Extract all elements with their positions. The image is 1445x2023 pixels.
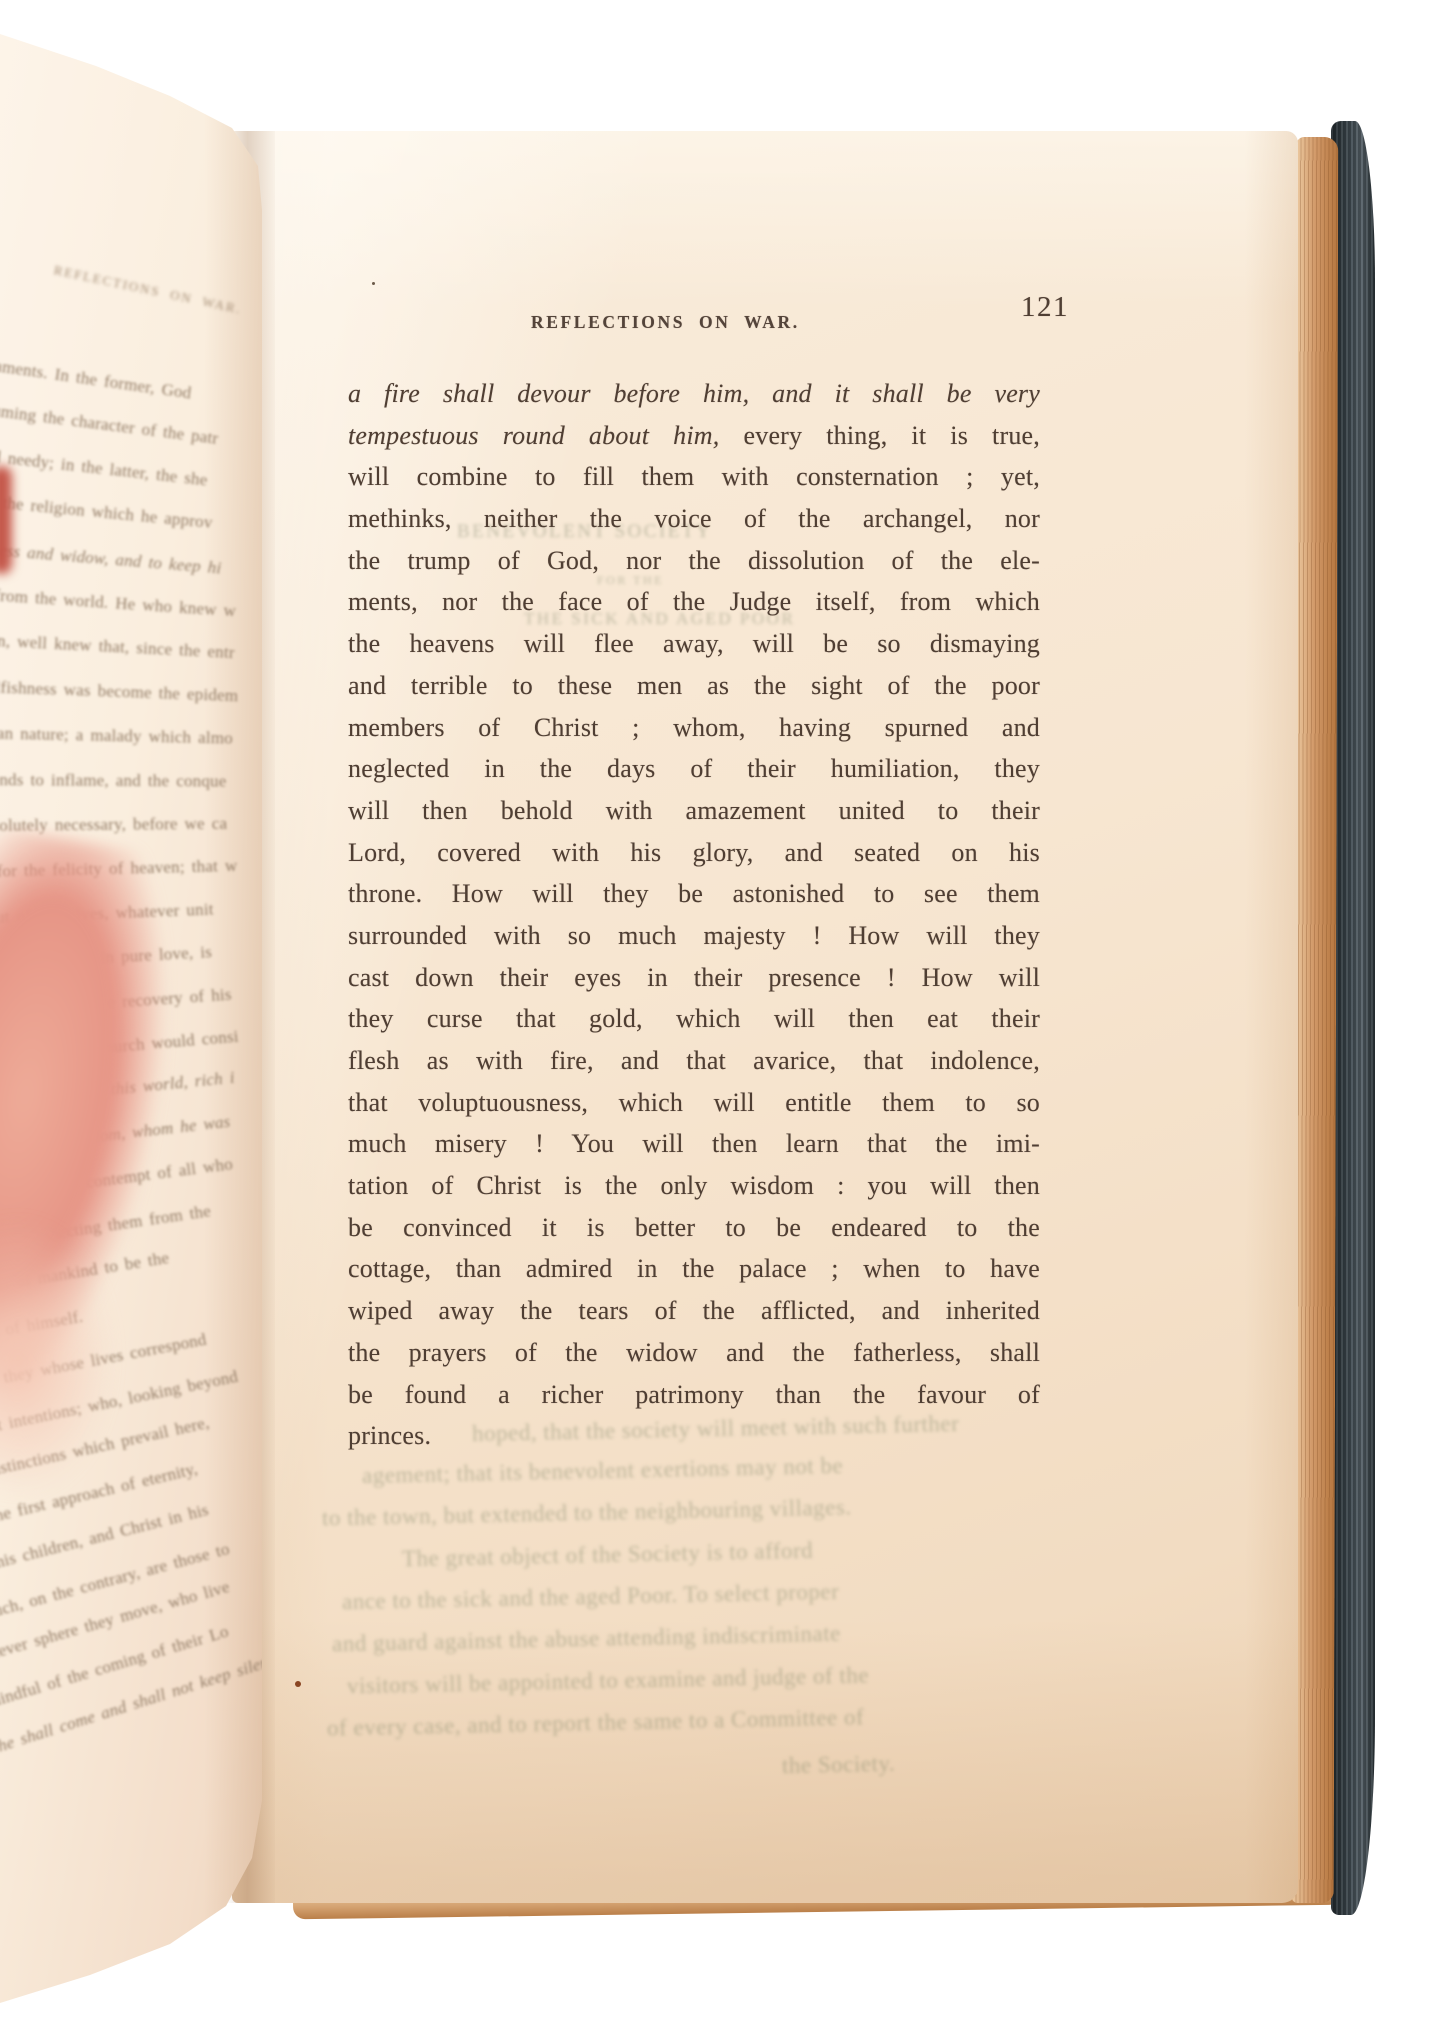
red-object-blur <box>0 466 12 574</box>
book-fore-edge-pages <box>1292 137 1339 1903</box>
book-photograph: REFLECTIONS ON WAR. 121 a fire shall dev… <box>0 0 1445 2023</box>
body-line: tation of Christ is the only wisdom : yo… <box>348 1165 1040 1207</box>
body-line: that voluptuousness, which will entitle … <box>348 1082 1040 1124</box>
body-line-italic: a fire shall devour before him, and it s… <box>348 379 1040 408</box>
paper-speck <box>295 1681 301 1687</box>
left-page-line: therless and widow, and to keep hi <box>0 538 222 578</box>
body-line: ments, nor the face of the Judge itself,… <box>348 581 1040 623</box>
body-line: surrounded with so much majesty ! How wi… <box>348 915 1040 957</box>
body-line: they curse that gold, which will then ea… <box>348 998 1040 1040</box>
body-line: cast down their eyes in their presence !… <box>348 957 1040 999</box>
left-page-line: man, well knew that, since the entr <box>0 630 235 663</box>
left-page-line: ed from the world. He who knew w <box>0 584 237 621</box>
ghost-paragraph-line: to the town, but extended to the neighbo… <box>322 1494 852 1531</box>
body-line: be convinced it is better to be endeared… <box>348 1207 1040 1249</box>
ghost-paragraph-line: ance to the sick and the aged Poor. To s… <box>342 1579 840 1615</box>
left-running-header: REFLECTIONS ON WAR. <box>52 262 243 318</box>
body-line: members of Christ ; whom, having spurned… <box>348 707 1040 749</box>
body-line: methinks, neither the voice of the archa… <box>348 498 1040 540</box>
body-line: flesh as with fire, and that avarice, th… <box>348 1040 1040 1082</box>
body-line: the trump of God, nor the dissolution of… <box>348 540 1040 582</box>
left-page-line: of the religion which he approv <box>0 491 213 533</box>
left-page-line: Testaments. In the former, God <box>0 352 193 403</box>
left-page-line: selfishness was become the epidem <box>0 677 239 706</box>
ghost-paragraph-line: and guard against the abuse attending in… <box>332 1621 841 1658</box>
body-line: a fire shall devour before him, and it s… <box>348 373 1040 415</box>
ghost-paragraph-line: visitors will be appointed to examine an… <box>347 1663 869 1700</box>
paper-speck <box>372 282 375 285</box>
body-line: tempestuous round about him, every thing… <box>348 415 1040 457</box>
body-line: wiped away the tears of the afflicted, a… <box>348 1290 1040 1332</box>
left-page-line: g tends to inflame, and the conque <box>0 770 227 792</box>
ghost-paragraph-line: agement; that its benevolent exertions m… <box>362 1453 844 1489</box>
left-page-line: human nature; a malady which almo <box>0 723 233 749</box>
ghost-paragraph-line: The great object of the Society is to af… <box>402 1538 814 1573</box>
body-line: cottage, than admired in the palace ; wh… <box>348 1248 1040 1290</box>
body-line: will then behold with amazement united t… <box>348 790 1040 832</box>
left-page-line: assuming the character of the patr <box>0 398 219 449</box>
ghost-paragraph-line: the Society. <box>782 1751 896 1779</box>
body-line: princes. <box>348 1415 1040 1457</box>
running-header: REFLECTIONS ON WAR. <box>531 312 800 333</box>
left-page-line: and needy; in the latter, the she <box>0 445 209 490</box>
body-line-italic: tempestuous round about him, <box>348 421 719 450</box>
finger-tip-blur <box>0 1218 114 1498</box>
body-line: Lord, covered with his glory, and seated… <box>348 832 1040 874</box>
ghost-paragraph-line: of every case, and to report the same to… <box>327 1704 865 1741</box>
body-line: be found a richer patrimony than the fav… <box>348 1374 1040 1416</box>
page-number: 121 <box>1021 291 1069 324</box>
body-line: neglected in the days of their humiliati… <box>348 748 1040 790</box>
body-line: the heavens will flee away, will be so d… <box>348 623 1040 665</box>
body-line: and terrible to these men as the sight o… <box>348 665 1040 707</box>
body-line: much misery ! You will then learn that t… <box>348 1123 1040 1165</box>
body-text-block: a fire shall devour before him, and it s… <box>348 373 1040 1457</box>
body-line: will combine to fill them with consterna… <box>348 456 1040 498</box>
right-page: REFLECTIONS ON WAR. 121 a fire shall dev… <box>232 131 1298 1903</box>
body-line: throne. How will they be astonished to s… <box>348 873 1040 915</box>
body-line: the prayers of the widow and the fatherl… <box>348 1332 1040 1374</box>
